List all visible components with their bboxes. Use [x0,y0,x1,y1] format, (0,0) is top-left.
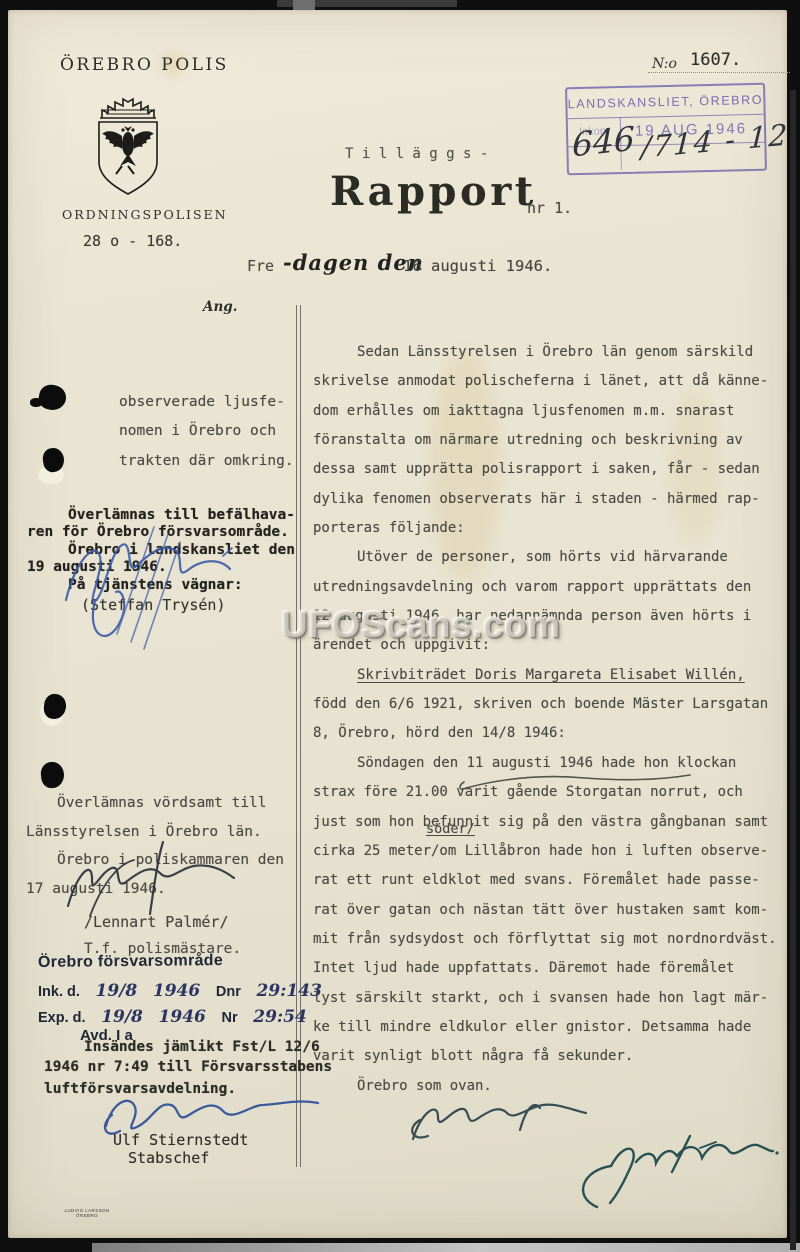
exp-label: Exp. d. [38,1010,86,1026]
exp-date-handwritten: 19/8 [101,1007,143,1027]
regarding-label: Ang. [203,299,237,315]
column-divider-rule [296,305,301,1167]
typed-name-stiernstedt: Ulf Stiernstedt [113,1131,248,1149]
registry-stamp-exp-row: Exp. d. 19/8 1946 Nr 29:54 [38,1007,313,1027]
text-line: porteras följande: [313,514,777,543]
text-line: Örebro i landskansliet den [27,542,295,559]
ink-date-handwritten: 19/8 [96,981,138,1001]
text-line: skrivelse anmodat polischeferna i länet,… [313,367,777,396]
scan-edge-artifact [92,1243,800,1252]
text-line: cirka 25 meter/om Lillåbron hade hon i l… [313,837,777,866]
typed-name-palmer: /Lennart Palmér/ [84,913,229,931]
date-line-typed-prefix: Fre [247,257,274,275]
report-body: Sedan Länsstyrelsen i Örebro län genom s… [313,338,777,1101]
punch-hole [30,398,43,407]
printer-mark: LUDVIG LARSSON ÖREBRO [64,1208,110,1218]
text-line: just som hon befunnit sig på den västra … [313,808,777,837]
dotted-rule [648,52,790,73]
transmittal-note-2: Överlämnas vördsamt tillLänsstyrelsen i … [26,741,284,904]
text-line: föranstalta om närmare utredning och bes… [313,426,777,455]
forward-note-line: luftförsvarsavdelning. [44,1081,236,1097]
scan-edge-artifact [293,0,315,10]
text-line: ke till mindre eldkulor eller gnistor. D… [313,1013,777,1042]
text-line: dylika fenomen observerats här i staden … [313,485,777,514]
text-line: född den 6/6 1921, skriven och boende Mä… [313,690,777,719]
report-number: nr 1. [527,199,572,217]
text-line: Länsstyrelsen i Örebro län. [26,818,284,847]
typed-title-stabschef: Stabschef [128,1149,209,1167]
division-name: ORDNINGSPOLISEN [62,207,228,222]
registry-stamp-title: Örebro försvarsområde [38,952,223,972]
scan-edge-artifact [790,90,796,1250]
text-line: Örebro i poliskammaren den [26,846,284,875]
text-line: rat ett runt eldklot med svans. Föremåle… [313,866,777,895]
text-line: Söndagen den 11 augusti 1946 hade hon kl… [313,749,777,778]
text-line: observerade ljusfe- [119,388,294,417]
text-line: rat över gatan och nästan tätt över hust… [313,896,777,925]
text-line: mit från sydsydost och förflyttat sig mo… [313,925,777,954]
text-line: Överlämnas vördsamt till [26,789,284,818]
text-line: Intet ljud hade uppfattats. Däremot hade… [313,954,777,983]
text-line: strax före 21.00 varit gående Storgatan … [313,778,777,807]
text-line: På tjänstens vägnar: [27,577,295,594]
watermark: UFOScans.com [281,604,560,646]
ink-year-handwritten: 1946 [153,981,200,1001]
nr-label: Nr [222,1010,238,1026]
text-line: nomen i Örebro och [119,417,294,446]
text-line: Skrivbiträdet Doris Margareta Elisabet W… [313,661,777,690]
scanned-police-report-page: ÖREBRO POLIS ORDNINGSPOLISEN 28 o - 168.… [0,0,800,1252]
ink-label: Ink. d. [38,984,80,1000]
subject-lines: observerade ljusfe-nomen i Örebro ochtra… [119,340,294,476]
report-title: Rapport [330,168,537,215]
text-line: dessa samt upprätta polisrapport i saken… [313,455,777,484]
report-title-prefix: T i l l ä g g s - [345,146,488,162]
text-line: varit synligt blott några få sekunder. [313,1042,777,1071]
forward-note-line: 1946 nr 7:49 till Försvarsstabens [44,1059,332,1075]
exp-year-handwritten: 1946 [159,1007,206,1027]
text-line: 17 augusti 1946. [26,875,284,904]
date-line-typed: 16 augusti 1946. [403,257,552,275]
transmittal-note-1: Överlämnas till befälhava-ren för Örebro… [27,459,295,594]
dnr-label: Dnr [216,984,241,1000]
text-line: Sedan Länsstyrelsen i Örebro län genom s… [313,338,777,367]
text-line: lyst särskilt starkt, och i svansen hade… [313,984,777,1013]
text-line: 8, Örebro, hörd den 14/8 1946: [313,719,777,748]
reference-code: 28 o - 168. [83,232,182,250]
inserted-correction: söder/ [426,822,475,836]
registry-stamp-ink-row: Ink. d. 19/8 1946 Dnr 29:143 [38,981,328,1001]
text-line: utredningsavdelning och varom rapport up… [313,573,777,602]
text-line: Utöver de personer, som hörts vid härvar… [313,543,777,572]
nr-value-handwritten: 29:54 [253,1007,307,1027]
text-line: 19 augusti 1946. [27,559,295,576]
text-line: ren för Örebro försvarsområde. [27,524,295,541]
text-line: dom erhålles om iakttagna ljusfenomen m.… [313,397,777,426]
typed-name-trysen: (Steffan Trysén) [81,596,226,614]
text-line: Örebro som ovan. [313,1072,777,1101]
handwritten-registry-number: 646 [572,119,635,165]
text-line: Överlämnas till befälhava- [27,507,295,524]
agency-name: ÖREBRO POLIS [60,55,229,75]
coat-of-arms-icon [86,88,170,198]
forward-note-line: Insändes jämlikt Fst/L 12/6 [84,1039,320,1055]
